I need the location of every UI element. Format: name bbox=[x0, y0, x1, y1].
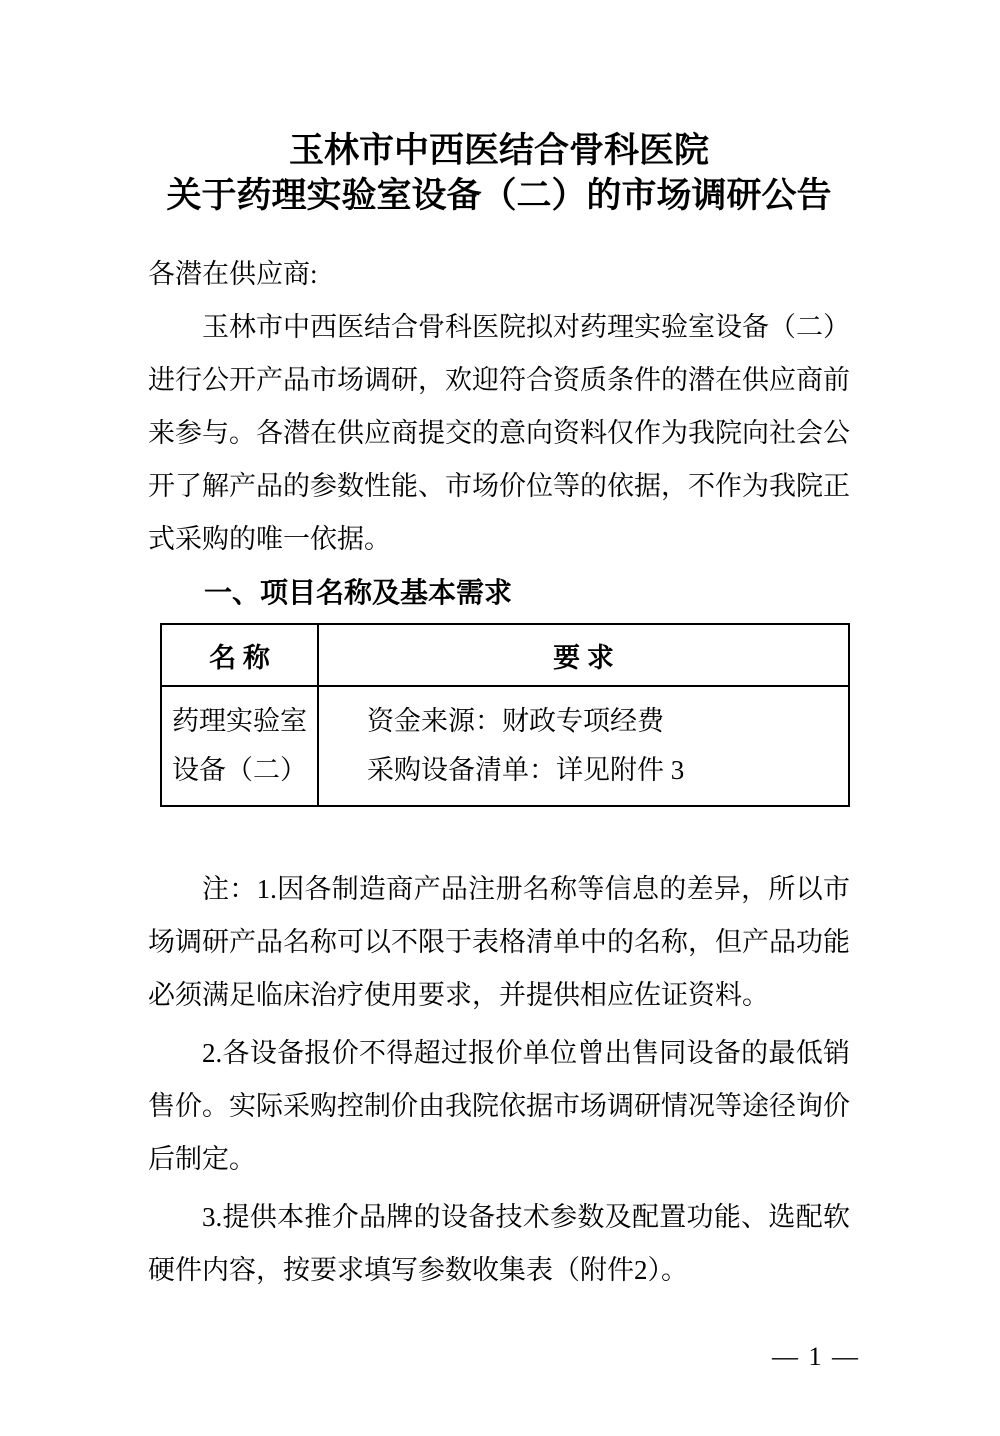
equipment-name-line-1: 药理实验室 bbox=[164, 697, 315, 746]
document-page: 玉林市中西医结合骨科医院 关于药理实验室设备（二）的市场调研公告 各潜在供应商:… bbox=[0, 0, 1000, 1436]
title-line-2: 关于药理实验室设备（二）的市场调研公告 bbox=[148, 173, 850, 218]
intro-paragraph: 玉林市中西医结合骨科医院拟对药理实验室设备（二）进行公开产品市场调研，欢迎符合资… bbox=[148, 301, 850, 566]
table-row: 药理实验室 设备（二） 资金来源：财政专项经费 采购设备清单：详见附件 3 bbox=[161, 686, 849, 806]
notes-section: 注：1.因各制造商产品注册名称等信息的差异，所以市场调研产品名称可以不限于表格清… bbox=[148, 863, 850, 1297]
requirements-table: 名 称 要 求 药理实验室 设备（二） 资金来源：财政专项经费 采购设备清单：详… bbox=[160, 623, 850, 807]
cell-equipment-name: 药理实验室 设备（二） bbox=[161, 686, 318, 806]
salutation: 各潜在供应商: bbox=[148, 248, 850, 301]
requirement-line-2: 采购设备清单：详见附件 3 bbox=[367, 746, 842, 795]
requirement-line-1: 资金来源：财政专项经费 bbox=[367, 697, 842, 746]
document-content: 玉林市中西医结合骨科医院 关于药理实验室设备（二）的市场调研公告 各潜在供应商:… bbox=[148, 0, 850, 1297]
header-cell-requirement: 要 求 bbox=[318, 624, 849, 686]
equipment-name-line-2: 设备（二） bbox=[164, 746, 315, 795]
note-paragraph-1: 注：1.因各制造商产品注册名称等信息的差异，所以市场调研产品名称可以不限于表格清… bbox=[148, 863, 850, 1022]
title-line-1: 玉林市中西医结合骨科医院 bbox=[148, 128, 850, 173]
note-paragraph-2: 2.各设备报价不得超过报价单位曾出售同设备的最低销售价。实际采购控制价由我院依据… bbox=[148, 1027, 850, 1186]
header-cell-name: 名 称 bbox=[161, 624, 318, 686]
cell-requirement: 资金来源：财政专项经费 采购设备清单：详见附件 3 bbox=[318, 686, 849, 806]
page-number: — 1 — bbox=[772, 1342, 860, 1372]
note-paragraph-3: 3.提供本推介品牌的设备技术参数及配置功能、选配软硬件内容，按要求填写参数收集表… bbox=[148, 1191, 850, 1297]
document-title: 玉林市中西医结合骨科医院 关于药理实验室设备（二）的市场调研公告 bbox=[148, 128, 850, 218]
table-header-row: 名 称 要 求 bbox=[161, 624, 849, 686]
section-heading: 一、项目名称及基本需求 bbox=[148, 566, 850, 619]
